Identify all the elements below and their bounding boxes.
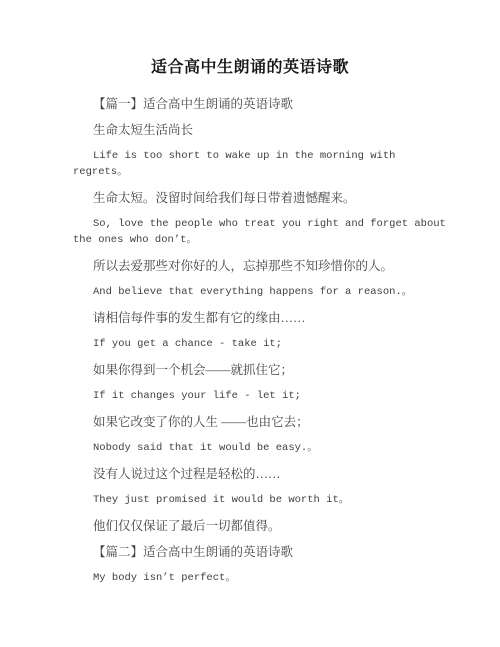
section-heading: 【篇一】适合高中生朗诵的英语诗歌 (73, 96, 493, 112)
poem-paragraph: 生命太短。没留时间给我们每日带着遗憾醒来。 (73, 190, 493, 206)
document-title: 适合高中生朗诵的英语诗歌 (0, 58, 500, 78)
poem-paragraph: 所以去爱那些对你好的人，忘掉那些不知珍惜你的人。 (73, 258, 493, 274)
poem-paragraph: Nobody said that it would be easy.。 (73, 440, 493, 456)
poem-paragraph: Life is too short to wake up in the morn… (73, 148, 493, 180)
poem-paragraph: They just promised it would be worth it。 (73, 492, 493, 508)
poem-paragraph: 如果你得到一个机会——就抓住它； (73, 362, 493, 378)
poem-paragraph: If it changes your life - let it; (73, 388, 493, 404)
poem-paragraph: So, love the people who treat you right … (73, 216, 493, 248)
section-heading: 【篇二】适合高中生朗诵的英语诗歌 (73, 544, 493, 560)
poem-paragraph: If you get a chance - take it; (73, 336, 493, 352)
poem-paragraph: 没有人说过这个过程是轻松的…… (73, 466, 493, 482)
poem-paragraph: 生命太短生活尚长 (73, 122, 493, 138)
poem-paragraph: 请相信每件事的发生都有它的缘由…… (73, 310, 493, 326)
poem-paragraph: 如果它改变了你的人生 ——也由它去； (73, 414, 493, 430)
poem-paragraph: 他们仅仅保证了最后一切都值得。 (73, 518, 493, 534)
poem-paragraph: My body isn’t perfect。 (73, 570, 493, 586)
poem-paragraph: And believe that everything happens for … (73, 284, 493, 300)
document-body: 【篇一】适合高中生朗诵的英语诗歌 生命太短生活尚长 Life is too sh… (73, 96, 493, 586)
document-page: 适合高中生朗诵的英语诗歌 【篇一】适合高中生朗诵的英语诗歌 生命太短生活尚长 L… (0, 0, 500, 647)
